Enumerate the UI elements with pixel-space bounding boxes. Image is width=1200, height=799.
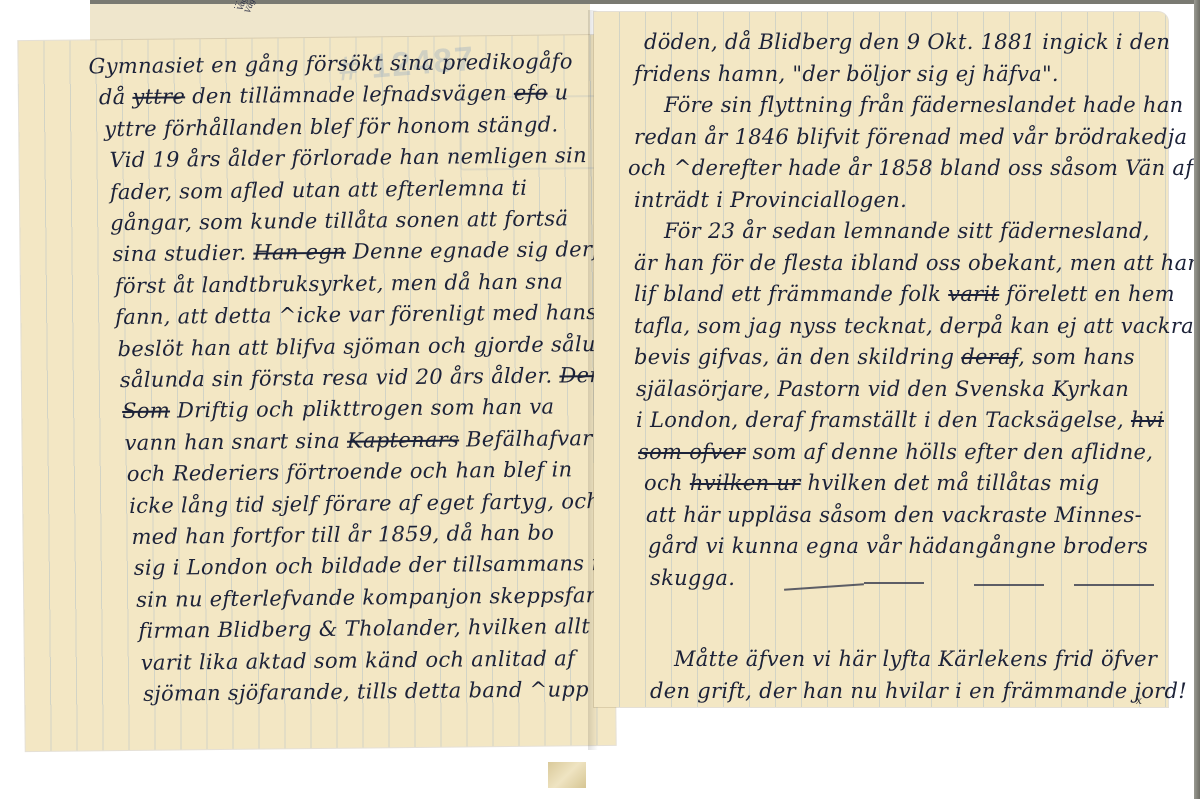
line-text: inträdt i Provinciallogen. bbox=[634, 188, 907, 212]
handwritten-line: och Rederiers förtroende och han blef in bbox=[127, 458, 573, 487]
line-text: sjöman sjöfarande, tills detta band ^upp… bbox=[143, 676, 659, 705]
line-text: sålunda sin första resa vid 20 års ålder… bbox=[120, 363, 560, 392]
handwritten-line: då yttre den tillämnade lefnadsvägen efo… bbox=[99, 81, 569, 110]
line-text: döden, då Blidberg den 9 Okt. 1881 ingic… bbox=[644, 30, 1170, 54]
line-text: och Rederiers förtroende och han blef in bbox=[127, 458, 573, 487]
handwritten-line: skugga. bbox=[650, 566, 735, 590]
handwritten-line: Måtte äfven vi här lyfta Kärlekens frid … bbox=[674, 647, 1157, 671]
handwritten-line: tafla, som jag nyss tecknat, derpå kan e… bbox=[634, 314, 1200, 338]
line-text: firman Blidberg & Tholander, hvilken all… bbox=[138, 614, 590, 643]
handwritten-line: icke lång tid sjelf förare af eget farty… bbox=[129, 489, 600, 518]
line-text: gård vi kunna egna vår hädangångne brode… bbox=[648, 534, 1148, 558]
line-text: redan år 1846 blifvit förenad med vår br… bbox=[634, 125, 1187, 149]
line-text: förelett en hem bbox=[999, 282, 1175, 306]
line-text: den grift, der han nu hvilar i en främma… bbox=[650, 679, 1187, 703]
line-text: fann, att detta ^icke var förenligt med … bbox=[115, 300, 669, 330]
handwritten-line: lif bland ett främmande folk varit förel… bbox=[634, 282, 1175, 306]
handwritten-line: Gymnasiet en gång försökt sina predikogå… bbox=[88, 49, 572, 78]
handwritten-line: i London, deraf framställt i den Tacksäg… bbox=[636, 408, 1164, 432]
handwritten-line: Vid 19 års ålder förlorade han nemligen … bbox=[109, 143, 587, 172]
line-text: först åt landtbruksyrket, men då han sna bbox=[115, 269, 563, 298]
handwritten-line: sålunda sin första resa vid 20 års ålder… bbox=[120, 363, 604, 392]
line-text: sina studier. bbox=[112, 241, 253, 266]
line-text: Driftig och plikttrogen som han va bbox=[170, 395, 555, 423]
handwritten-line: inträdt i Provinciallogen. bbox=[634, 188, 907, 212]
line-text: För 23 år sedan lemnande sitt fädernesla… bbox=[664, 219, 1150, 243]
scanner-frame-right bbox=[1194, 0, 1200, 799]
line-text: skugga. bbox=[650, 566, 735, 590]
line-text: är han för de flesta ibland oss obekant,… bbox=[634, 251, 1200, 275]
line-text: fader, som afled utan att efterlemna ti bbox=[110, 175, 528, 203]
handwritten-line: och ^derefter hade år 1858 bland oss sås… bbox=[628, 156, 1200, 180]
line-text: fridens hamn, "der böljor sig ej häfva". bbox=[634, 62, 1059, 86]
handwritten-line: gångar, som kunde tillåta sonen att fort… bbox=[110, 206, 568, 235]
struck-word: hvi bbox=[1131, 408, 1164, 432]
line-text: lif bland ett främmande folk bbox=[634, 282, 948, 306]
handwritten-line: sjöman sjöfarande, tills detta band ^upp… bbox=[143, 676, 659, 705]
line-text: och ^derefter hade år 1858 bland oss sås… bbox=[628, 156, 1200, 180]
line-text: Denne egnade sig derfö bbox=[346, 237, 614, 264]
handwritten-line: För 23 år sedan lemnande sitt fädernesla… bbox=[664, 219, 1150, 243]
handwritten-line: Som Driftig och plikttrogen som han va bbox=[122, 395, 554, 424]
handwritten-line: vann han snart sina Kaptenars Befälhafva… bbox=[124, 426, 592, 455]
margin-mark: x bbox=[1136, 694, 1142, 707]
line-text: som af denne hölls efter den aflidne, bbox=[745, 440, 1153, 464]
closing-flourish bbox=[974, 584, 1044, 586]
line-text: den tillämnade lefnadsvägen bbox=[185, 81, 514, 108]
struck-word: varit bbox=[948, 282, 999, 306]
struck-word: hvilken ur bbox=[690, 471, 801, 495]
line-text: yttre förhållanden blef för honom stängd… bbox=[104, 112, 558, 141]
struck-word: som ofver bbox=[638, 440, 745, 464]
line-text: sig i London och bildade der tillsammans… bbox=[134, 551, 612, 580]
handwritten-line: själasörjare, Pastorn vid den Svenska Ky… bbox=[636, 377, 1129, 401]
line-text: varit lika aktad som känd och anlitad af bbox=[141, 646, 576, 675]
struck-word: yttre bbox=[132, 85, 185, 110]
line-text: icke lång tid sjelf förare af eget farty… bbox=[129, 489, 600, 518]
handwritten-line: att här uppläsa såsom den vackraste Minn… bbox=[646, 503, 1142, 527]
handwritten-line: som ofver som af denne hölls efter den a… bbox=[638, 440, 1153, 464]
handwritten-line: Före sin flyttning från fäderneslandet h… bbox=[664, 93, 1183, 117]
line-text: , som hans bbox=[1018, 345, 1135, 369]
handwritten-line: först åt landtbruksyrket, men då han sna bbox=[115, 269, 563, 298]
handwritten-line: varit lika aktad som känd och anlitad af bbox=[141, 646, 576, 675]
handwritten-line: med han fortfor till år 1859, då han bo bbox=[131, 521, 554, 549]
line-text: själasörjare, Pastorn vid den Svenska Ky… bbox=[636, 377, 1129, 401]
closing-flourish bbox=[1074, 584, 1154, 586]
struck-word: efo bbox=[514, 81, 548, 105]
struck-word: deraf bbox=[961, 345, 1018, 369]
struck-word: Han egn bbox=[253, 240, 346, 265]
line-text: beslöt han att blifva sjöman och gjorde … bbox=[117, 332, 609, 361]
line-text: med han fortfor till år 1859, då han bo bbox=[131, 521, 554, 549]
handwritten-line: sina studier. Han egn Denne egnade sig d… bbox=[112, 237, 613, 266]
line-text: i London, deraf framställt i den Tacksäg… bbox=[636, 408, 1131, 432]
handwritten-line: yttre förhållanden blef för honom stängd… bbox=[104, 112, 558, 141]
line-text: gångar, som kunde tillåta sonen att fort… bbox=[110, 206, 568, 235]
struck-word: Som bbox=[122, 399, 170, 423]
handwritten-line: gård vi kunna egna vår hädangångne brode… bbox=[648, 534, 1148, 558]
line-text: då bbox=[99, 85, 133, 109]
handwritten-line: är han för de flesta ibland oss obekant,… bbox=[634, 251, 1200, 275]
line-text: u bbox=[547, 81, 568, 105]
line-text: att här uppläsa såsom den vackraste Minn… bbox=[646, 503, 1142, 527]
handwritten-line: fann, att detta ^icke var förenligt med … bbox=[115, 300, 669, 330]
line-text: bevis gifvas, än den skildring bbox=[634, 345, 961, 369]
handwritten-line: beslöt han att blifva sjöman och gjorde … bbox=[117, 332, 609, 361]
handwritten-line: sin nu efterlefvande kompanjon skeppsfar… bbox=[136, 583, 623, 612]
line-text: sin nu efterlefvande kompanjon skeppsfar… bbox=[136, 583, 623, 612]
line-text: Vid 19 års ålder förlorade han nemligen … bbox=[109, 143, 587, 172]
handwritten-line: bevis gifvas, än den skildring deraf, so… bbox=[634, 345, 1135, 369]
handwritten-line: redan år 1846 blifvit förenad med vår br… bbox=[634, 125, 1187, 149]
line-text: Gymnasiet en gång försökt sina predikogå… bbox=[88, 49, 572, 78]
line-text: vann han snart sina bbox=[124, 428, 347, 454]
binding-tab bbox=[548, 762, 586, 788]
struck-word: Kaptenars bbox=[347, 427, 459, 452]
line-text: Befälhafvar bbox=[459, 426, 593, 451]
line-text: Måtte äfven vi här lyfta Kärlekens frid … bbox=[674, 647, 1157, 671]
line-text: Före sin flyttning från fäderneslandet h… bbox=[664, 93, 1183, 117]
handwritten-line: fader, som afled utan att efterlemna ti bbox=[110, 175, 528, 203]
closing-flourish bbox=[864, 582, 924, 584]
closing-flourish bbox=[784, 583, 864, 591]
line-text: och bbox=[644, 471, 690, 495]
handwritten-line: firman Blidberg & Tholander, hvilken all… bbox=[138, 614, 590, 643]
handwritten-line: fridens hamn, "der böljor sig ej häfva". bbox=[634, 62, 1059, 86]
handwritten-line: sig i London och bildade der tillsammans… bbox=[134, 551, 612, 580]
handwritten-line: och hvilken ur hvilken det må tillåtas m… bbox=[644, 471, 1100, 495]
handwritten-line: döden, då Blidberg den 9 Okt. 1881 ingic… bbox=[644, 30, 1170, 54]
line-text: hvilken det må tillåtas mig bbox=[801, 471, 1100, 495]
line-text: tafla, som jag nyss tecknat, derpå kan e… bbox=[634, 314, 1200, 338]
handwritten-line: den grift, der han nu hvilar i en främma… bbox=[650, 679, 1187, 703]
left-page: # 12487 Gymnasiet en gång försökt sina p… bbox=[18, 35, 615, 751]
right-page: döden, då Blidberg den 9 Okt. 1881 ingic… bbox=[594, 12, 1168, 707]
